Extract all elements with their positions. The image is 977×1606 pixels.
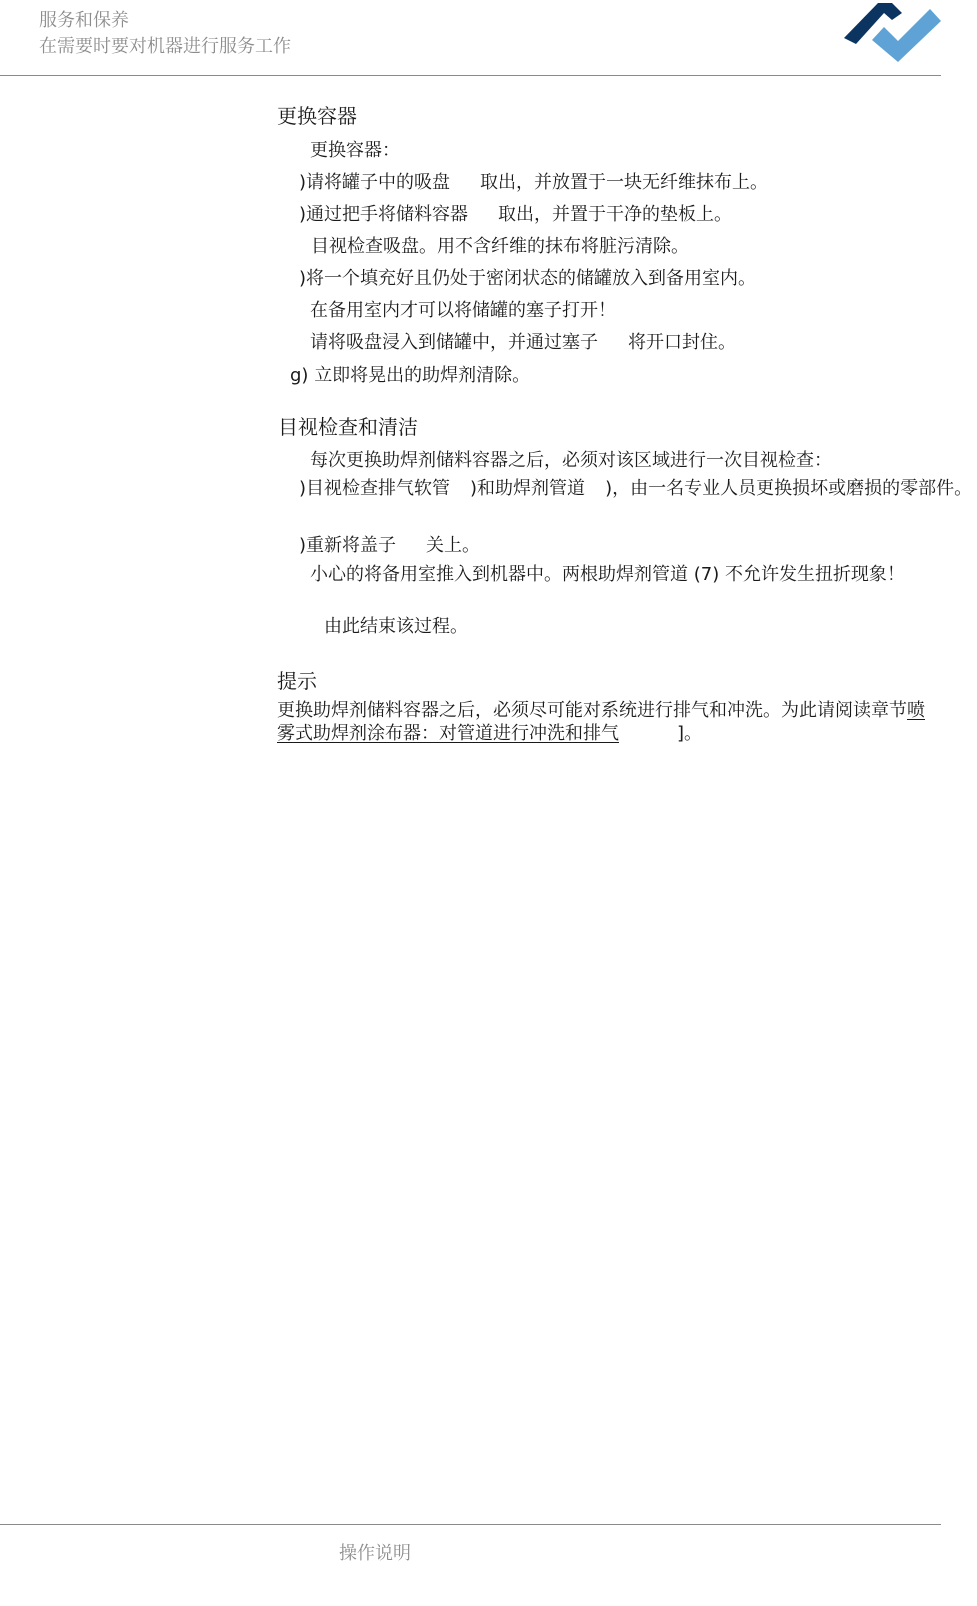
heading-replace-container: 更换容器	[277, 103, 357, 129]
footer-doc-title: 操作说明	[339, 1542, 411, 1566]
process-complete: 由此结束该过程。	[324, 615, 468, 638]
inspection-intro: 每次更换助焊剂储料容器之后，必须对该区域进行一次目视检查：	[310, 449, 832, 472]
header-section-title: 服务和保养	[39, 8, 291, 34]
step-insert-tank: )将一个填充好且仍处于密闭状态的储罐放入到备用室内。	[299, 267, 756, 290]
step-marker: g)	[290, 365, 308, 386]
step-intro: 更换容器：	[310, 139, 400, 162]
step-immerse-suction-cup: 请将吸盘浸入到储罐中，并通过塞子将开口封住。	[310, 331, 736, 354]
step-inspect-suction-cup: 目视检查吸盘。用不含纤维的抹布将脏污清除。	[311, 235, 689, 258]
header-text: 服务和保养 在需要时要对机器进行服务工作	[39, 8, 291, 60]
step-marker: )	[299, 535, 306, 556]
step-clean-spilled-flux: g) 立即将晃出的助焊剂清除。	[290, 364, 530, 387]
header-divider	[0, 75, 941, 76]
step-remove-suction-cup: )请将罐子中的吸盘取出，并放置于一块无纤维抹布上。	[299, 171, 768, 194]
note-text: 更换助焊剂储料容器之后，必须尽可能对系统进行排气和冲洗。为此请阅读章节喷雾式助焊…	[277, 699, 939, 745]
step-marker: )	[299, 172, 306, 193]
header-subtitle: 在需要时要对机器进行服务工作	[39, 34, 291, 60]
step-marker: )	[299, 478, 306, 499]
step-marker: )	[299, 204, 306, 225]
company-logo-icon	[842, 0, 942, 64]
step-open-tank-note: 在备用室内才可以将储罐的塞子打开！	[310, 299, 616, 322]
heading-note: 提示	[277, 668, 317, 694]
footer-divider	[0, 1524, 941, 1525]
step-push-standby-chamber: 小心的将备用室推入到机器中。两根助焊剂管道 (7) 不允许发生扭折现象！	[310, 563, 910, 586]
step-close-lid: )重新将盖子关上。	[299, 534, 480, 557]
step-remove-container: )通过把手将储料容器取出，并置于干净的垫板上。	[299, 203, 732, 226]
step-inspect-hoses: )目视检查排气软管)和助焊剂管道)，由一名专业人员更换损坏或磨损的零部件。	[299, 477, 972, 500]
step-marker: )	[299, 268, 306, 289]
heading-visual-inspection: 目视检查和清洁	[278, 414, 418, 440]
